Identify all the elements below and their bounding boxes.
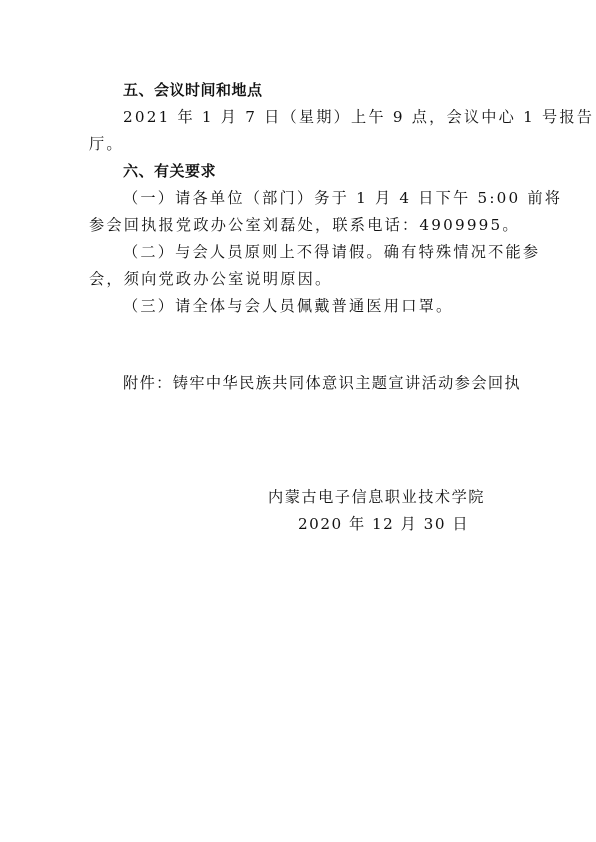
requirement-1-line-1: （一）请各单位（部门）务于 1 月 4 日下午 5:00 前将 <box>123 188 562 208</box>
section-5-text-line-1: 2021 年 1 月 7 日（星期）上午 9 点，会议中心 1 号报告 <box>123 107 594 127</box>
requirement-2-line-2: 会，须向党政办公室说明原因。 <box>89 269 332 289</box>
section-6-heading: 六、有关要求 <box>123 161 216 181</box>
attachment-note: 附件：铸牢中华民族共同体意识主题宣讲活动参会回执 <box>123 373 521 393</box>
section-5-text-line-2: 厅。 <box>89 134 124 154</box>
signature-organization: 内蒙古电子信息职业技术学院 <box>268 487 485 507</box>
requirement-2-line-1: （二）与会人员原则上不得请假。确有特殊情况不能参 <box>123 242 540 262</box>
signature-date: 2020 年 12 月 30 日 <box>298 514 469 534</box>
requirement-1-line-2: 参会回执报党政办公室刘磊处，联系电话：4909995。 <box>89 215 520 235</box>
section-5-heading: 五、会议时间和地点 <box>123 80 263 100</box>
requirement-3-line-1: （三）请全体与会人员佩戴普通医用口罩。 <box>123 296 453 316</box>
